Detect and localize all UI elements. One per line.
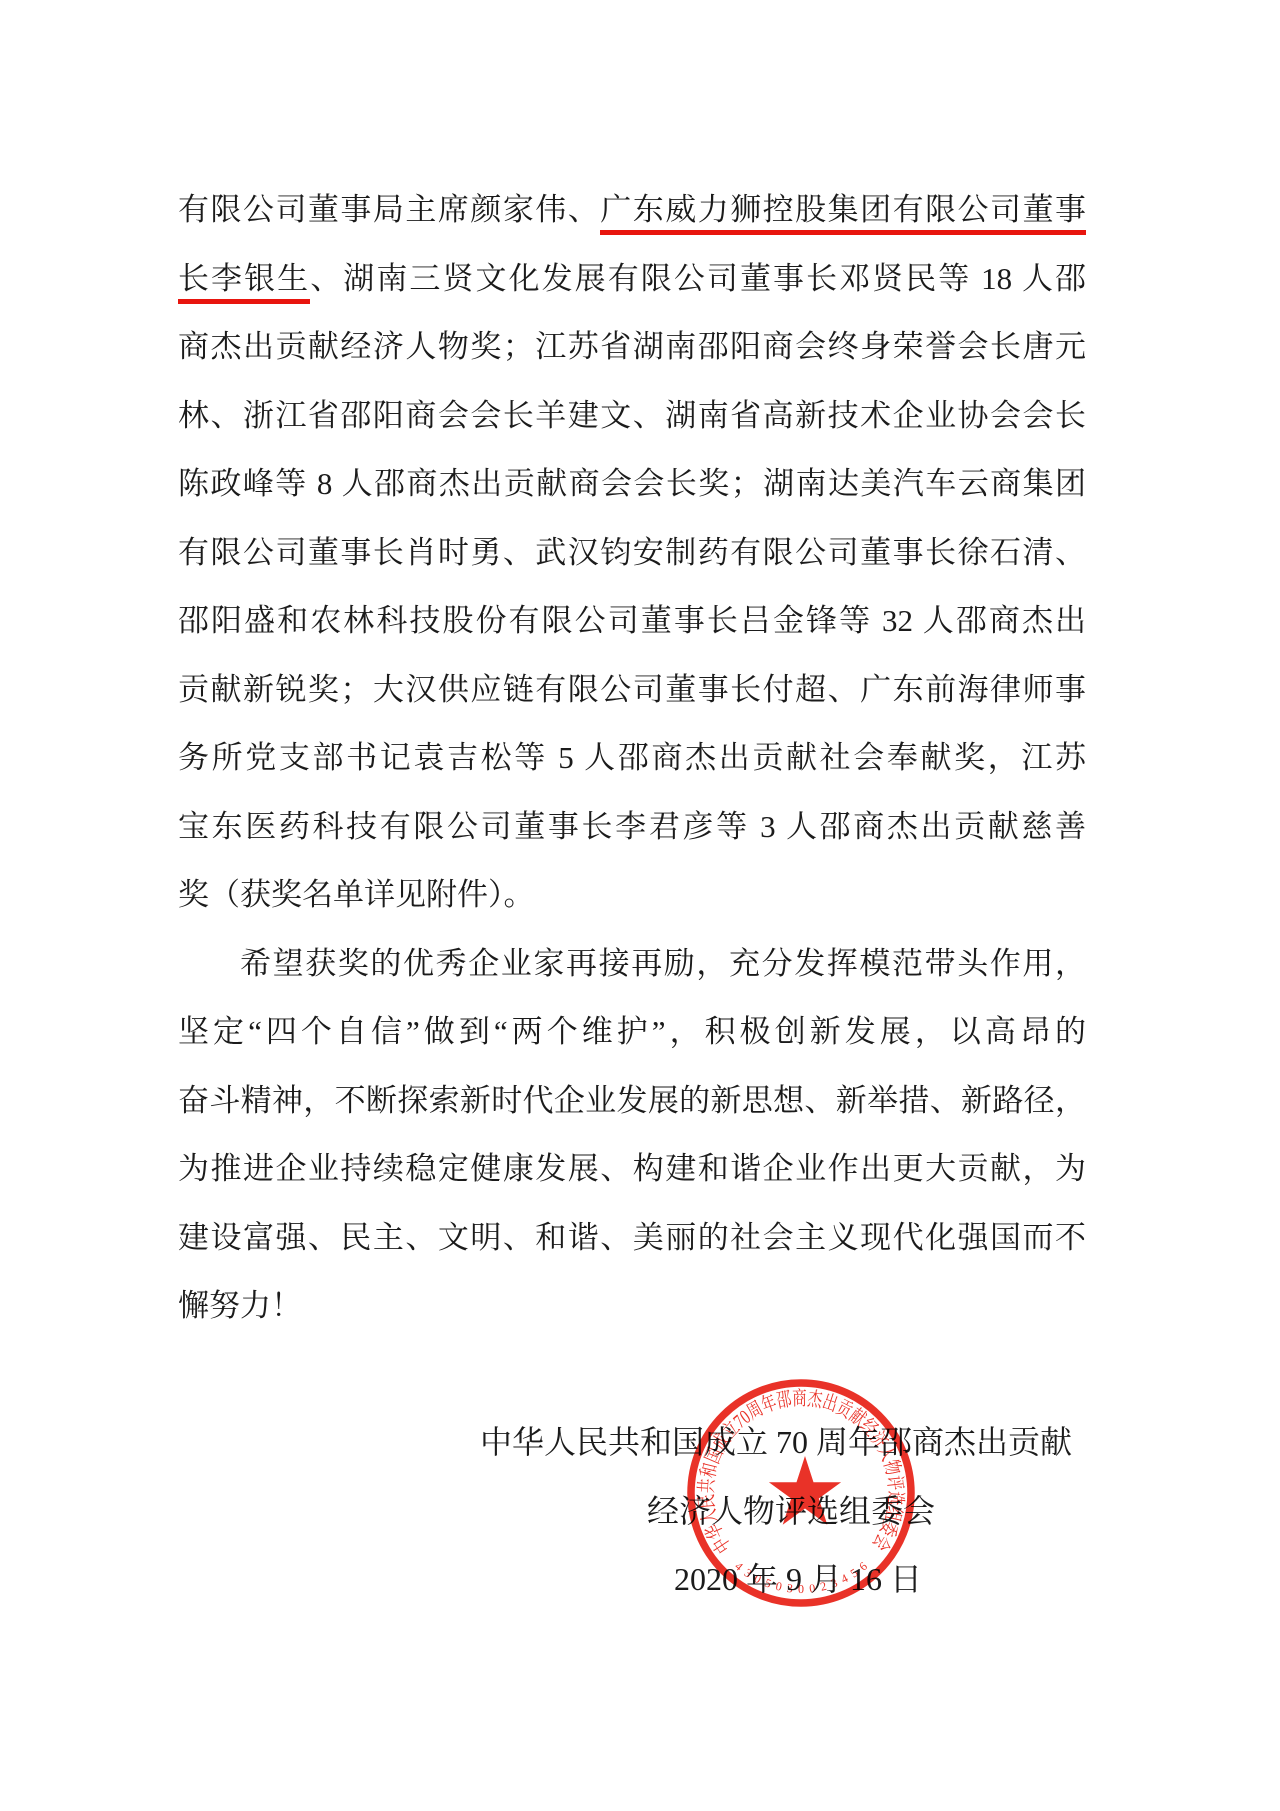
text-segment: 有限公司董事长肖时勇、武汉钧安制药有限公司董事长徐石清、 — [178, 535, 1086, 570]
text-segment: 商杰出贡献经济人物奖；江苏省湖南邵阳商会终身荣誉会长唐元 — [178, 329, 1086, 364]
text-segment: 邵阳盛和农林科技股份有限公司董事长吕金锋等 32 人邵商杰出 — [178, 603, 1086, 638]
document-line: 有限公司董事局主席颜家伟、广东威力狮控股集团有限公司董事 — [178, 176, 1086, 245]
document-line: 为推进企业持续稳定健康发展、构建和谐企业作出更大贡献，为 — [178, 1135, 1086, 1204]
red-underlined-text: 长李银生 — [178, 261, 310, 304]
text-segment: 奖（获奖名单详见附件）。 — [178, 877, 535, 912]
text-segment: 希望获奖的优秀企业家再接再励，充分发挥模范带头作用， — [240, 946, 1086, 981]
document-line: 有限公司董事长肖时勇、武汉钧安制药有限公司董事长徐石清、 — [178, 519, 1086, 588]
document-line: 林、浙江省邵阳商会会长羊建文、湖南省高新技术企业协会会长 — [178, 382, 1086, 451]
seal-stamp: 中华人民共和国成立70周年邵商杰出贡献经济人物评选组委会 43050300234… — [684, 1376, 918, 1610]
text-segment: 、湖南三贤文化发展有限公司董事长邓贤民等 18 人邵 — [310, 261, 1086, 296]
document-line: 懈努力！ — [178, 1272, 1086, 1341]
document-line: 长李银生、湖南三贤文化发展有限公司董事长邓贤民等 18 人邵 — [178, 245, 1086, 314]
document-body: 有限公司董事局主席颜家伟、广东威力狮控股集团有限公司董事长李银生、湖南三贤文化发… — [178, 176, 1086, 1341]
document-line: 希望获奖的优秀企业家再接再励，充分发挥模范带头作用， — [178, 930, 1086, 999]
red-underlined-text: 广东威力狮控股集团有限公司董事 — [600, 192, 1086, 235]
document-page: 有限公司董事局主席颜家伟、广东威力狮控股集团有限公司董事长李银生、湖南三贤文化发… — [0, 0, 1280, 1811]
document-line: 务所党支部书记袁吉松等 5 人邵商杰出贡献社会奉献奖，江苏 — [178, 724, 1086, 793]
text-segment: 有限公司董事局主席颜家伟、 — [178, 192, 600, 227]
text-segment: 建设富强、民主、文明、和谐、美丽的社会主义现代化强国而不 — [178, 1220, 1086, 1255]
text-segment: 陈政峰等 8 人邵商杰出贡献商会会长奖；湖南达美汽车云商集团 — [178, 466, 1086, 501]
document-line: 建设富强、民主、文明、和谐、美丽的社会主义现代化强国而不 — [178, 1204, 1086, 1273]
document-line: 坚定“四个自信”做到“两个维护”，积极创新发展，以高昂的 — [178, 998, 1086, 1067]
text-segment: 坚定“四个自信”做到“两个维护”，积极创新发展，以高昂的 — [178, 1014, 1086, 1049]
text-segment: 懈努力！ — [178, 1288, 302, 1323]
document-line: 奖（获奖名单详见附件）。 — [178, 861, 1086, 930]
document-line: 邵阳盛和农林科技股份有限公司董事长吕金锋等 32 人邵商杰出 — [178, 587, 1086, 656]
text-segment: 林、浙江省邵阳商会会长羊建文、湖南省高新技术企业协会会长 — [178, 398, 1086, 433]
text-segment: 宝东医药科技有限公司董事长李君彦等 3 人邵商杰出贡献慈善 — [178, 809, 1086, 844]
document-line: 奋斗精神，不断探索新时代企业发展的新思想、新举措、新路径， — [178, 1067, 1086, 1136]
document-line: 商杰出贡献经济人物奖；江苏省湖南邵阳商会终身荣誉会长唐元 — [178, 313, 1086, 382]
text-segment: 务所党支部书记袁吉松等 5 人邵商杰出贡献社会奉献奖，江苏 — [178, 740, 1086, 775]
text-segment: 奋斗精神，不断探索新时代企业发展的新思想、新举措、新路径， — [178, 1083, 1086, 1118]
document-line: 陈政峰等 8 人邵商杰出贡献商会会长奖；湖南达美汽车云商集团 — [178, 450, 1086, 519]
star-icon — [769, 1456, 841, 1525]
document-line: 宝东医药科技有限公司董事长李君彦等 3 人邵商杰出贡献慈善 — [178, 793, 1086, 862]
document-line: 贡献新锐奖；大汉供应链有限公司董事长付超、广东前海律师事 — [178, 656, 1086, 725]
text-segment: 贡献新锐奖；大汉供应链有限公司董事长付超、广东前海律师事 — [178, 672, 1086, 707]
text-segment: 为推进企业持续稳定健康发展、构建和谐企业作出更大贡献，为 — [178, 1151, 1086, 1186]
